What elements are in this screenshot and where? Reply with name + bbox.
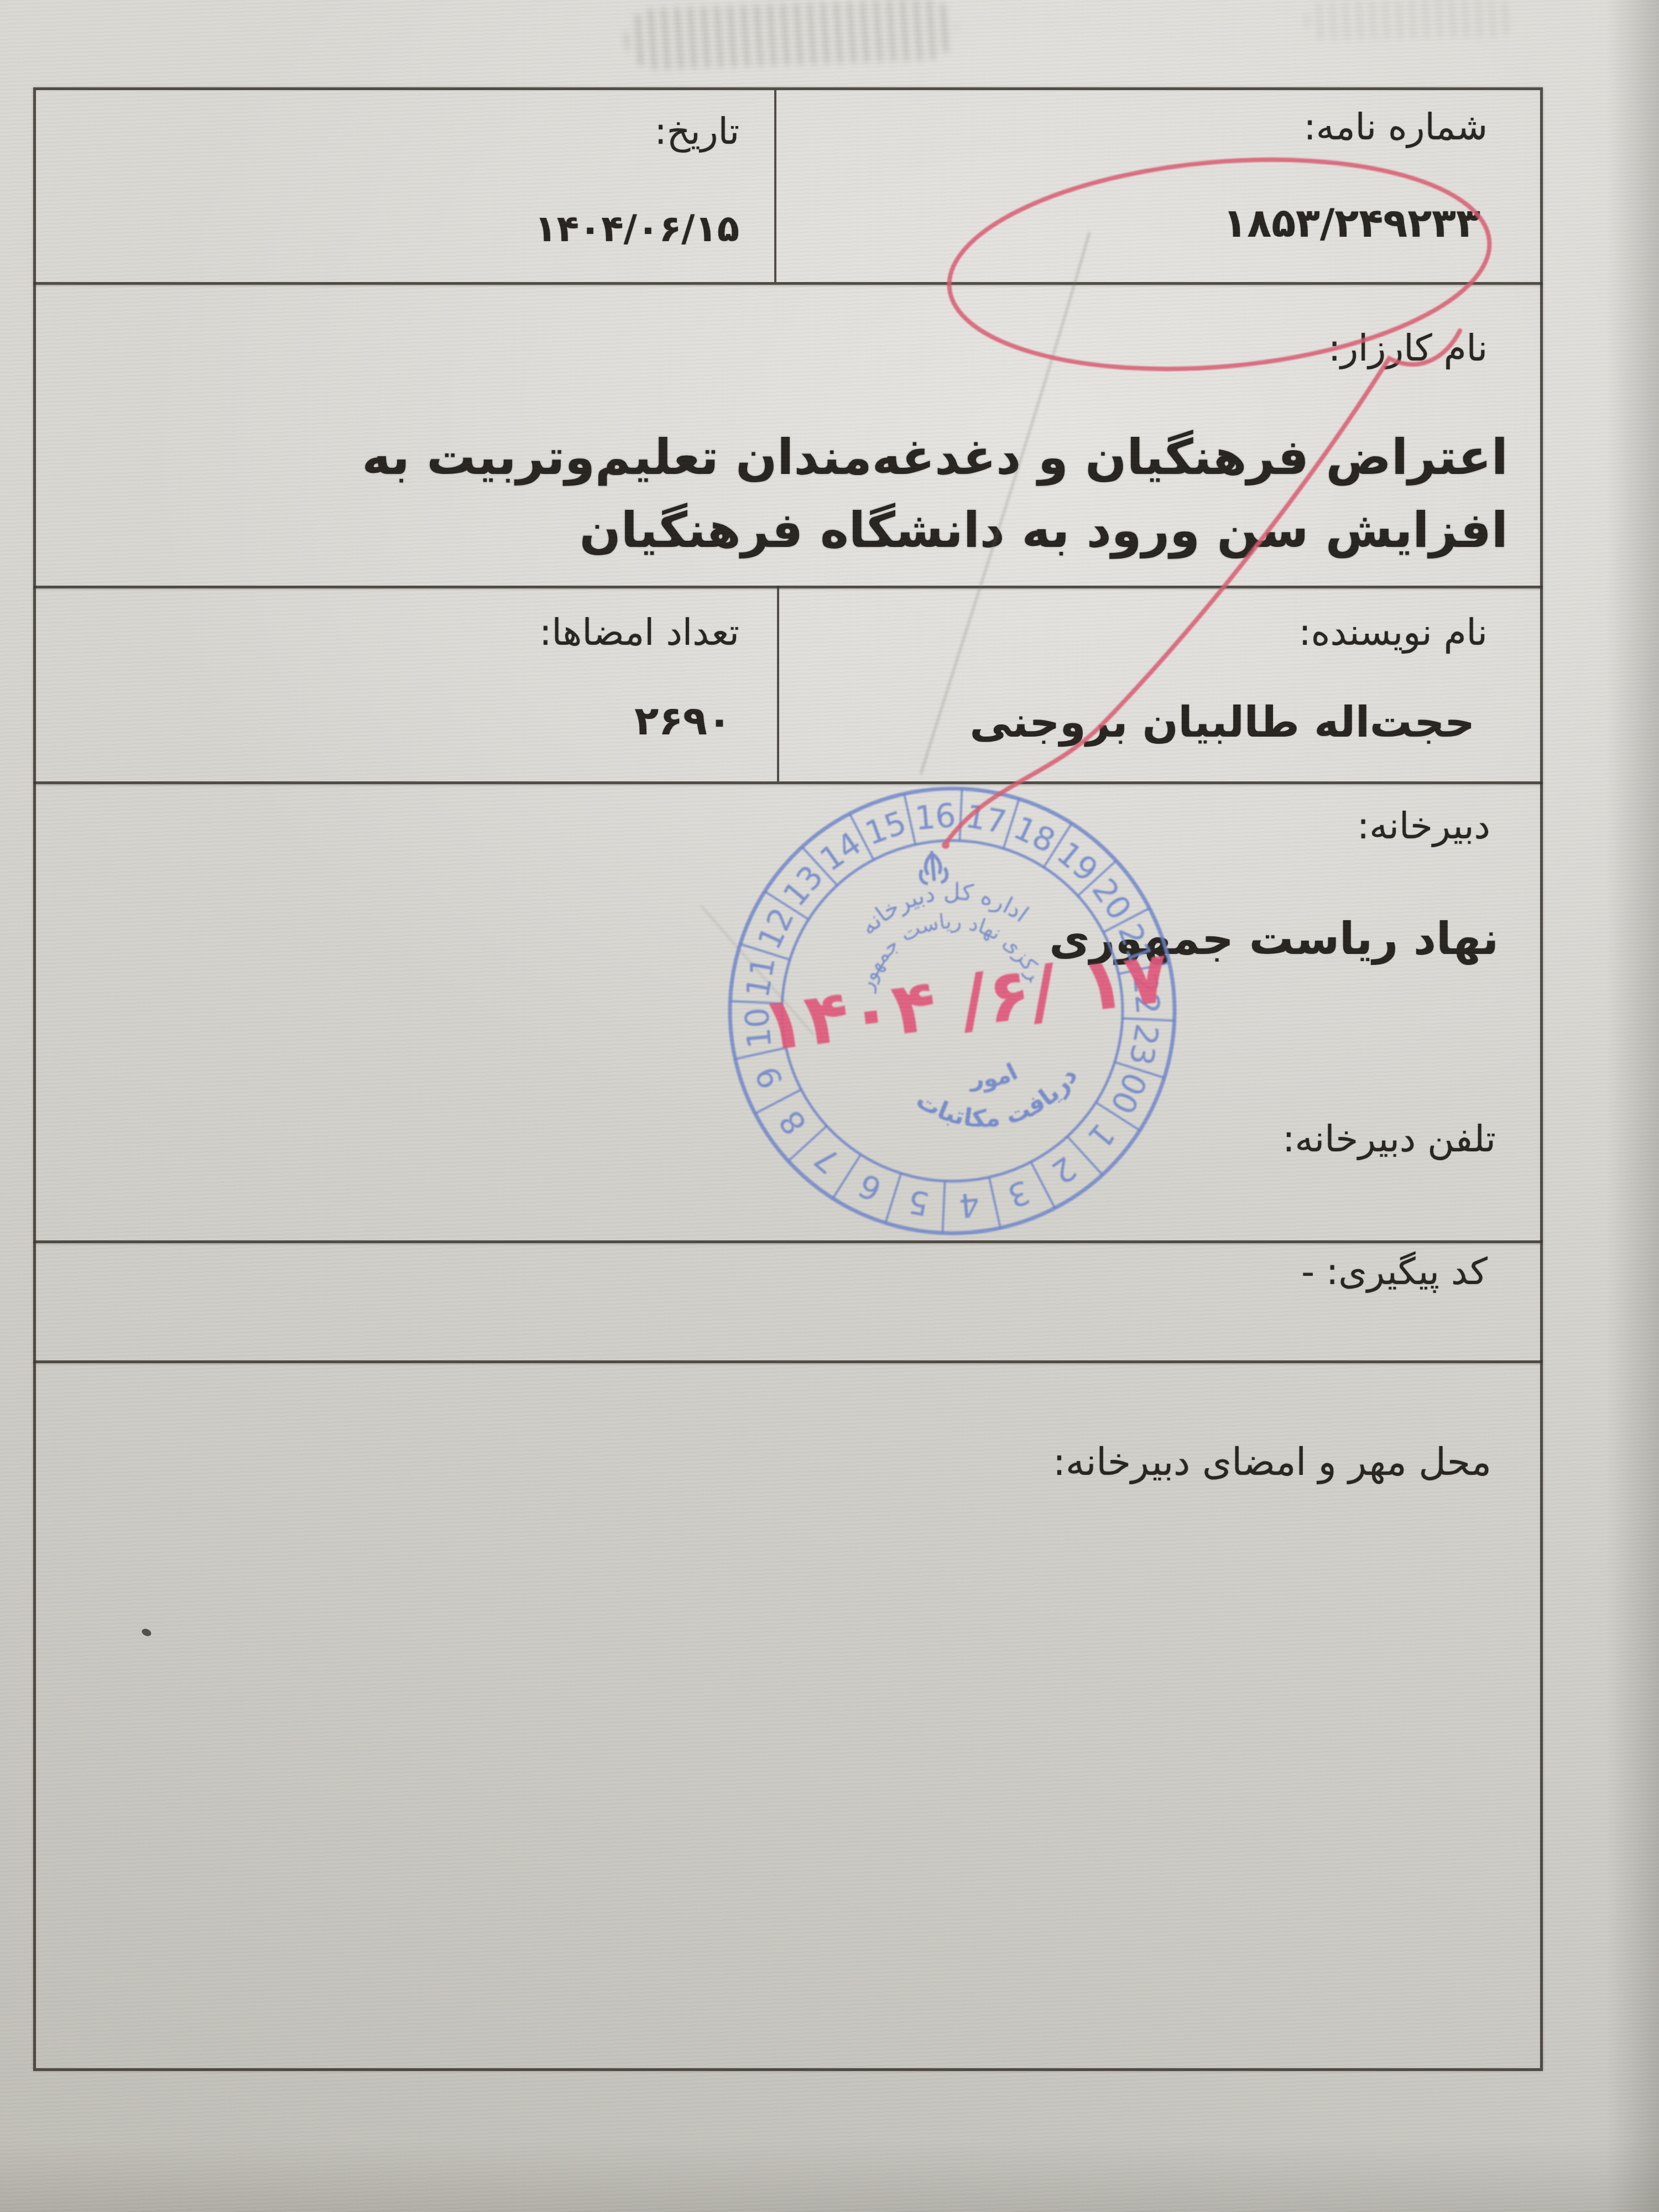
tracking-code-label: کد پیگیری: xyxy=(1326,1250,1488,1293)
ink-bleedthrough-smudge-2 xyxy=(1305,0,1515,40)
row-divider-3 xyxy=(33,781,1543,784)
column-divider-row1 xyxy=(774,90,776,282)
column-divider-row3 xyxy=(777,586,779,781)
row-divider-1 xyxy=(33,282,1543,285)
date-value: ۱۴۰۴/۰۶/۱۵ xyxy=(535,207,739,250)
author-label: نام نویسنده: xyxy=(1299,611,1488,654)
tracking-code-value: - xyxy=(1301,1250,1314,1293)
row-divider-4 xyxy=(33,1240,1543,1243)
form-table: شماره نامه: ۱۸۵۳/۲۴۹۲۳۳ تاریخ: ۱۴۰۴/۰۶/۱… xyxy=(33,87,1543,2071)
author-value: حجت‌اله طالبیان بروجنی xyxy=(970,697,1475,747)
secretariat-value: نهاد ریاست جمهوری xyxy=(1049,913,1499,964)
date-label: تاریخ: xyxy=(654,110,739,153)
secretariat-label: دبیرخانه: xyxy=(1357,805,1490,847)
row-divider-2 xyxy=(33,586,1543,588)
seal-place-label: محل مهر و امضای دبیرخانه: xyxy=(1053,1441,1491,1484)
scanned-petition-form: شماره نامه: ۱۸۵۳/۲۴۹۲۳۳ تاریخ: ۱۴۰۴/۰۶/۱… xyxy=(0,0,1659,2212)
signatures-label: تعداد امضاها: xyxy=(539,611,739,654)
signatures-value: ۲۶۹۰ xyxy=(634,697,732,744)
campaign-name-value: اعتراض فرهنگیان و دغدغه‌مندان تعلیم‌وترب… xyxy=(192,421,1508,567)
row-divider-5 xyxy=(33,1360,1543,1363)
paper-right-edge-shadow xyxy=(1606,0,1659,2212)
tracking-code-row: کد پیگیری: - xyxy=(1301,1250,1488,1293)
paper-bottom-edge-shadow xyxy=(0,2140,1659,2212)
letter-no-label: شماره نامه: xyxy=(1304,106,1488,148)
letter-no-value: ۱۸۵۳/۲۴۹۲۳۳ xyxy=(1223,200,1480,246)
ink-bleedthrough-smudge xyxy=(624,0,958,71)
secretariat-phone-label: تلفن دبیرخانه: xyxy=(1282,1118,1496,1160)
campaign-name-label: نام کارزار: xyxy=(1328,327,1488,369)
